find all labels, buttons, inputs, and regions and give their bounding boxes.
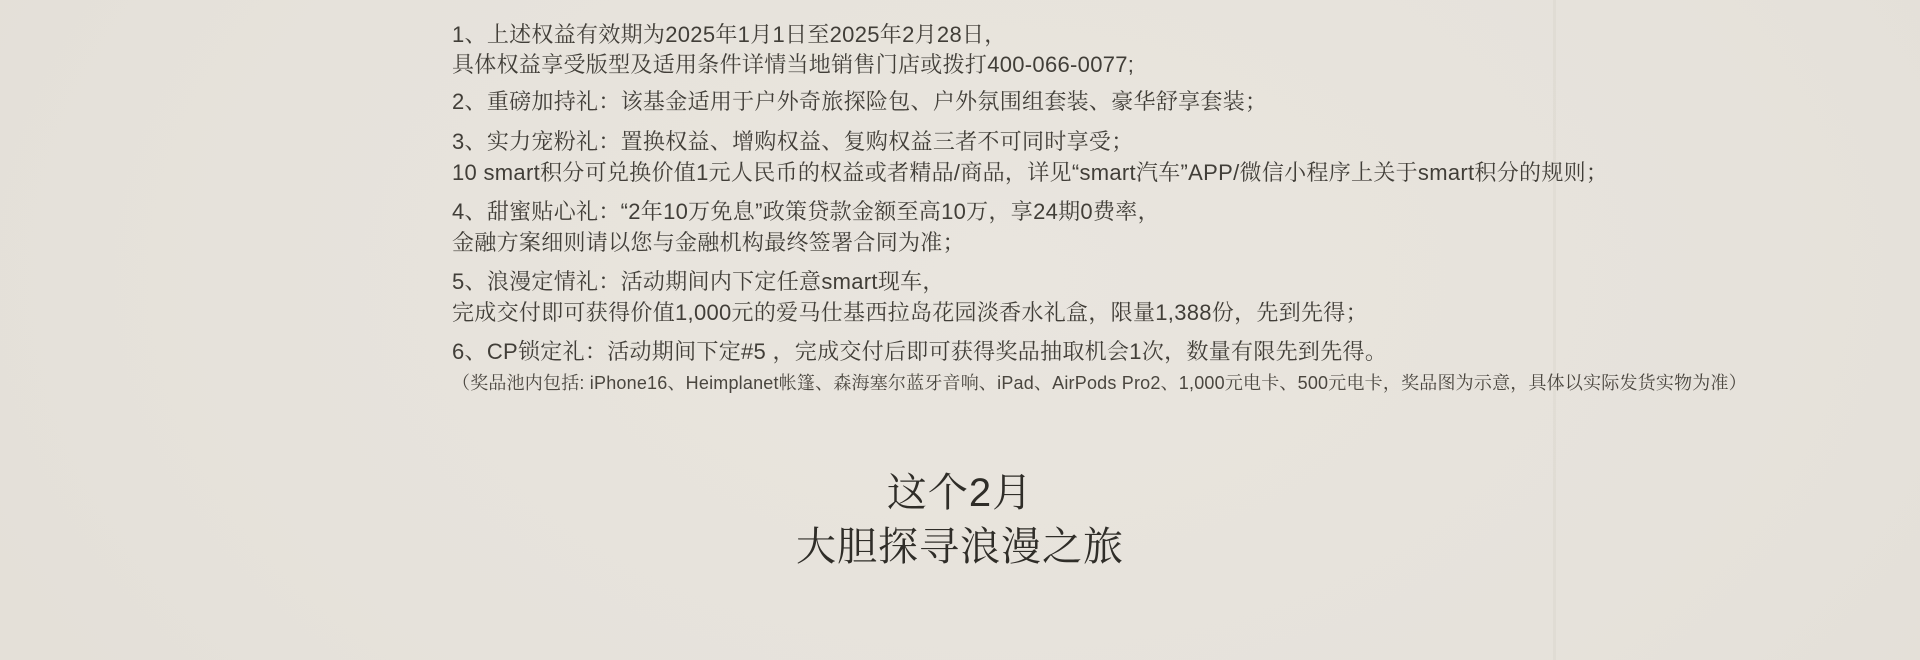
terms-item-1-line-2: 具体权益享受版型及适用条件详情当地销售门店或拨打400-066-0077; <box>452 50 1134 80</box>
terms-item-3-line-1: 3、实力宠粉礼：置换权益、增购权益、复购权益三者不可同时享受； <box>452 127 1134 157</box>
terms-block: 1、上述权益有效期为2025年1月1日至2025年2月28日， 具体权益享受版型… <box>452 0 1552 420</box>
terms-item-6: 6、CP锁定礼：活动期间下定#5 ，完成交付后即可获得奖品抽取机会1次，数量有限… <box>452 337 1387 367</box>
terms-item-4-line-1: 4、甜蜜贴心礼：“2年10万免息”政策贷款金额至高10万，享24期0费率， <box>452 197 1160 227</box>
terms-item-2: 2、重磅加持礼：该基金适用于户外奇旅探险包、户外氛围组套装、豪华舒享套装； <box>452 87 1267 117</box>
campaign-heading-line-2: 大胆探寻浪漫之旅 <box>0 520 1920 574</box>
terms-item-5-line-1: 5、浪漫定情礼：活动期间内下定任意smart现车， <box>452 267 945 297</box>
campaign-heading: 这个2月 大胆探寻浪漫之旅 <box>0 466 1920 574</box>
terms-item-4-line-2: 金融方案细则请以您与金融机构最终签署合同为准； <box>452 228 965 258</box>
terms-item-1-line-1: 1、上述权益有效期为2025年1月1日至2025年2月28日， <box>452 20 1007 50</box>
terms-item-3-line-2: 10 smart积分可兑换价值1元人民币的权益或者精品/商品，详见“smart汽… <box>452 158 1608 188</box>
prize-pool-note: （奖品池内包括: iPhone16、Heimplanet帐篷、森海塞尔蓝牙音响、… <box>452 371 1747 395</box>
terms-item-5-line-2: 完成交付即可获得价值1,000元的爱马仕基西拉岛花园淡香水礼盒，限量1,388份… <box>452 298 1368 328</box>
campaign-heading-line-1: 这个2月 <box>0 466 1920 520</box>
promo-terms-page: 1、上述权益有效期为2025年1月1日至2025年2月28日， 具体权益享受版型… <box>0 0 1920 660</box>
